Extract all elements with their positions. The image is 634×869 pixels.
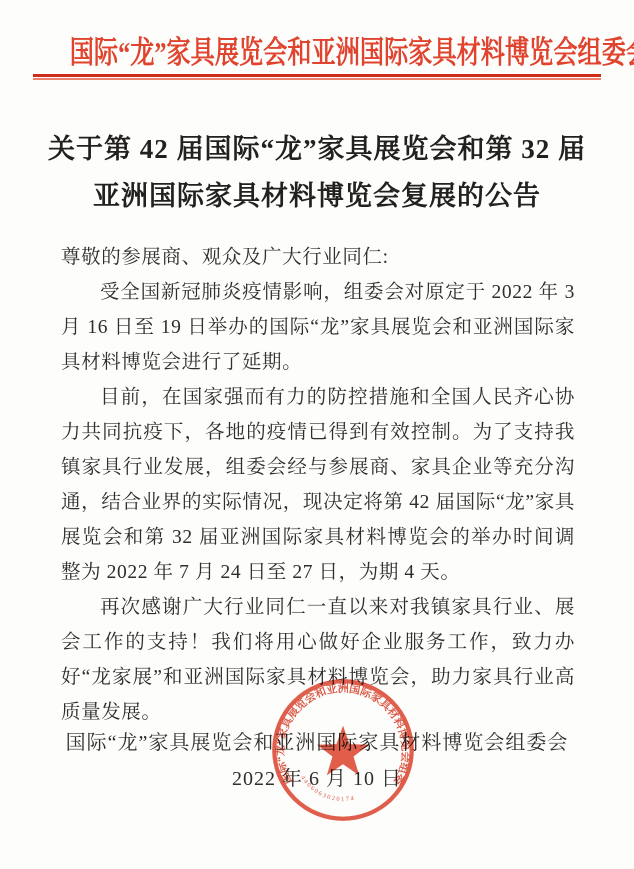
paragraph-postponement: 受全国新冠肺炎疫情影响，组委会对原定于 2022 年 3 月 16 日至 19 … <box>61 275 575 380</box>
letterhead-org-name: 国际“龙”家具展览会和亚洲国际家具材料博览会组委会 <box>70 27 565 72</box>
salutation: 尊敬的参展商、观众及广大行业同仁: <box>61 240 575 275</box>
document-body: 尊敬的参展商、观众及广大行业同仁: 受全国新冠肺炎疫情影响，组委会对原定于 20… <box>61 240 575 730</box>
date-line: 2022 年 6 月 10 日 <box>0 762 634 791</box>
document-title: 关于第 42 届国际“龙”家具展览会和第 32 届 亚洲国际家具材料博览会复展的… <box>0 126 634 220</box>
document-title-line2: 亚洲国际家具材料博览会复展的公告 <box>93 181 541 211</box>
paragraph-new-dates: 目前，在国家强而有力的防控措施和全国人民齐心协力共同抗疫下，各地的疫情已得到有效… <box>61 380 575 590</box>
document-title-line1: 关于第 42 届国际“龙”家具展览会和第 32 届 <box>48 134 586 164</box>
announcement-page: 国际“龙”家具展览会和亚洲国际家具材料博览会组委会 关于第 42 届国际“龙”家… <box>0 0 634 869</box>
signature-org-name: 国际“龙”家具展览会和亚洲国际家具材料博览会组委会 <box>0 726 634 755</box>
paragraph-thanks: 再次感谢广大行业同仁一直以来对我镇家具行业、展会工作的支持！我们将用心做好企业服… <box>61 590 575 730</box>
letterhead-rule <box>33 74 601 80</box>
